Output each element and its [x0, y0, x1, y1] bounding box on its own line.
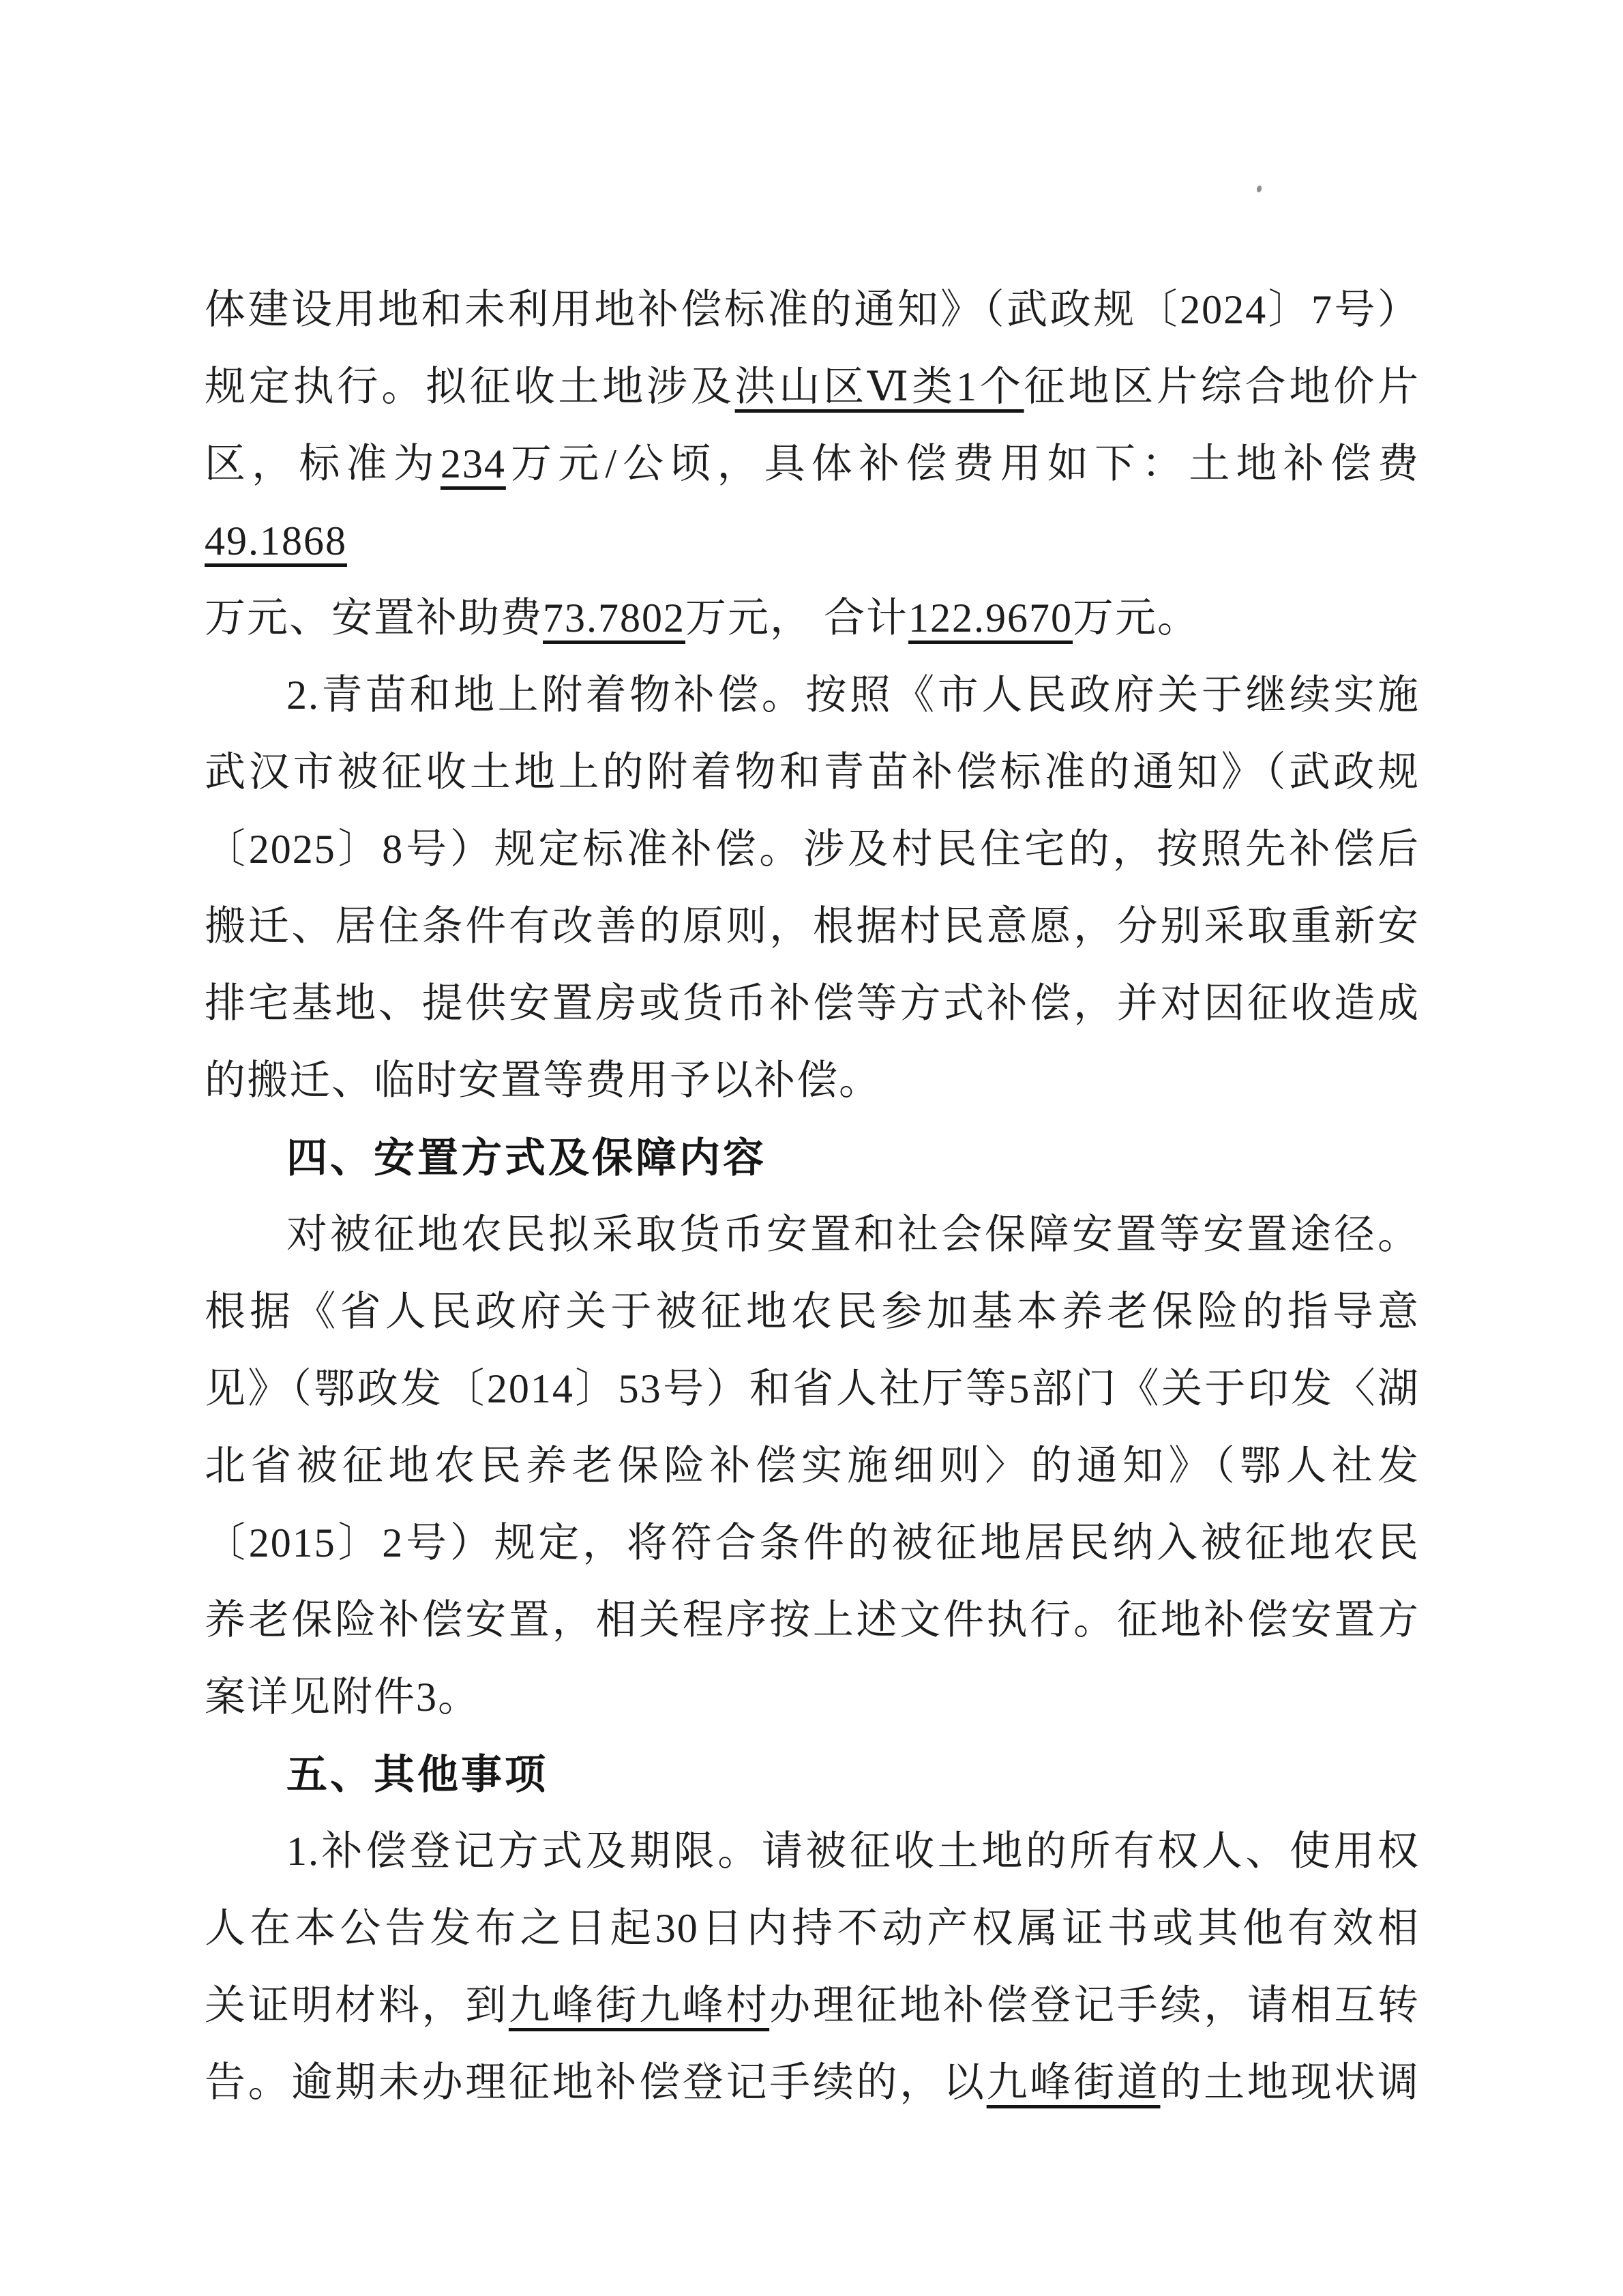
- text-run: 规定执行。拟征收土地涉及: [205, 364, 735, 409]
- text-line: 告。逾期未办理征地补偿登记手续的，以九峰街道的土地现状调: [205, 2044, 1420, 2121]
- text-line: 体建设用地和未利用地补偿标准的通知》（武政规〔2024〕7号）: [205, 271, 1420, 349]
- text-line: 区，标准为234万元/公顷，具体补偿费用如下：土地补偿费49.1868: [205, 426, 1420, 580]
- text-run: 的土地现状调: [1161, 2060, 1420, 2105]
- section-heading: 五、其他事项: [205, 1736, 1420, 1813]
- text-line: 对被征地农民拟采取货币安置和社会保障安置等安置途径。: [205, 1196, 1420, 1274]
- underlined-text: 73.7802: [543, 595, 685, 641]
- text-run: 体建设用地和未利用地补偿标准的通知》（武政规〔2024〕7号）: [205, 287, 1420, 332]
- text-line: 人在本公告发布之日起30日内持不动产权属证书或其他有效相: [205, 1890, 1420, 1967]
- text-line: 1.补偿登记方式及期限。请被征收土地的所有权人、使用权: [205, 1813, 1420, 1890]
- text-run: 办理征地补偿登记手续，请相互转: [769, 1983, 1420, 2028]
- text-line: 案详见附件3。: [205, 1659, 1420, 1736]
- text-run: 区，标准为: [205, 441, 441, 486]
- text-line: 根据《省人民政府关于被征地农民参加基本养老保险的指导意: [205, 1274, 1420, 1351]
- text-run: 养老保险补偿安置，相关程序按上述文件执行。征地补偿安置方: [205, 1598, 1420, 1643]
- text-run: 万元， 合计: [685, 595, 908, 641]
- text-run: 〔2025〕8号）规定标准补偿。涉及村民住宅的，按照先补偿后: [205, 827, 1420, 872]
- underlined-text: 49.1868: [205, 518, 347, 563]
- text-line: 北省被征地农民养老保险补偿实施细则〉的通知》（鄂人社发: [205, 1428, 1420, 1505]
- text-run: 的搬迁、临时安置等费用予以补偿。: [205, 1058, 881, 1103]
- text-line: 〔2015〕2号）规定，将符合条件的被征地居民纳入被征地农民: [205, 1505, 1420, 1582]
- text-line: 搬迁、居住条件有改善的原则，根据村民意愿，分别采取重新安: [205, 888, 1420, 965]
- text-run: 万元。: [1073, 595, 1200, 641]
- text-line: 〔2025〕8号）规定标准补偿。涉及村民住宅的，按照先补偿后: [205, 811, 1420, 888]
- text-run: 见》（鄂政发〔2014〕53号）和省人社厅等5部门《关于印发〈湖: [205, 1366, 1420, 1411]
- text-run: 四、安置方式及保障内容: [286, 1135, 766, 1181]
- text-run: 武汉市被征收土地上的附着物和青苗补偿标准的通知》（武政规: [205, 750, 1420, 795]
- text-line: 养老保险补偿安置，相关程序按上述文件执行。征地补偿安置方: [205, 1582, 1420, 1659]
- text-run: 〔2015〕2号）规定，将符合条件的被征地居民纳入被征地农民: [205, 1520, 1420, 1565]
- underlined-text: 九峰街道: [987, 2060, 1161, 2105]
- text-run: 根据《省人民政府关于被征地农民参加基本养老保险的指导意: [205, 1289, 1420, 1334]
- text-line: 规定执行。拟征收土地涉及洪山区Ⅵ类1个征地区片综合地价片: [205, 349, 1420, 426]
- text-run: 排宅基地、提供安置房或货币补偿等方式补偿，并对因征收造成: [205, 981, 1420, 1026]
- scan-speck-artifact: [1256, 185, 1262, 192]
- text-line: 武汉市被征收土地上的附着物和青苗补偿标准的通知》（武政规: [205, 734, 1420, 811]
- document-page: 体建设用地和未利用地补偿标准的通知》（武政规〔2024〕7号）规定执行。拟征收土…: [0, 0, 1623, 2296]
- text-line: 关证明材料，到九峰街九峰村办理征地补偿登记手续，请相互转: [205, 1967, 1420, 2044]
- text-run: 五、其他事项: [286, 1752, 548, 1797]
- text-line: 2.青苗和地上附着物补偿。按照《市人民政府关于继续实施: [205, 657, 1420, 734]
- underlined-text: 122.9670: [908, 595, 1073, 641]
- text-run: 1.补偿登记方式及期限。请被征收土地的所有权人、使用权: [286, 1829, 1420, 1874]
- section-heading: 四、安置方式及保障内容: [205, 1119, 1420, 1196]
- underlined-text: 洪山区Ⅵ类1个: [735, 364, 1024, 409]
- text-run: 北省被征地农民养老保险补偿实施细则〉的通知》（鄂人社发: [205, 1443, 1420, 1488]
- text-run: 搬迁、居住条件有改善的原则，根据村民意愿，分别采取重新安: [205, 904, 1420, 949]
- text-run: 关证明材料，到: [205, 1983, 509, 2028]
- document-body: 体建设用地和未利用地补偿标准的通知》（武政规〔2024〕7号）规定执行。拟征收土…: [205, 271, 1420, 2121]
- underlined-text: 234: [441, 441, 506, 486]
- text-line: 排宅基地、提供安置房或货币补偿等方式补偿，并对因征收造成: [205, 965, 1420, 1042]
- text-run: 人在本公告发布之日起30日内持不动产权属证书或其他有效相: [205, 1906, 1420, 1951]
- underlined-text: 九峰街九峰村: [509, 1983, 769, 2028]
- text-run: 征地区片综合地价片: [1024, 364, 1420, 409]
- text-run: 2.青苗和地上附着物补偿。按照《市人民政府关于继续实施: [286, 673, 1420, 718]
- text-run: 万元、安置补助费: [205, 595, 543, 641]
- text-line: 万元、安置补助费73.7802万元， 合计122.9670万元。: [205, 580, 1420, 657]
- text-run: 案详见附件3。: [205, 1675, 480, 1720]
- text-run: 告。逾期未办理征地补偿登记手续的，以: [205, 2060, 987, 2105]
- text-line: 见》（鄂政发〔2014〕53号）和省人社厅等5部门《关于印发〈湖: [205, 1351, 1420, 1428]
- text-line: 的搬迁、临时安置等费用予以补偿。: [205, 1042, 1420, 1119]
- text-run: 对被征地农民拟采取货币安置和社会保障安置等安置途径。: [286, 1212, 1420, 1257]
- text-run: 万元/公顷，具体补偿费用如下：土地补偿费: [506, 441, 1420, 486]
